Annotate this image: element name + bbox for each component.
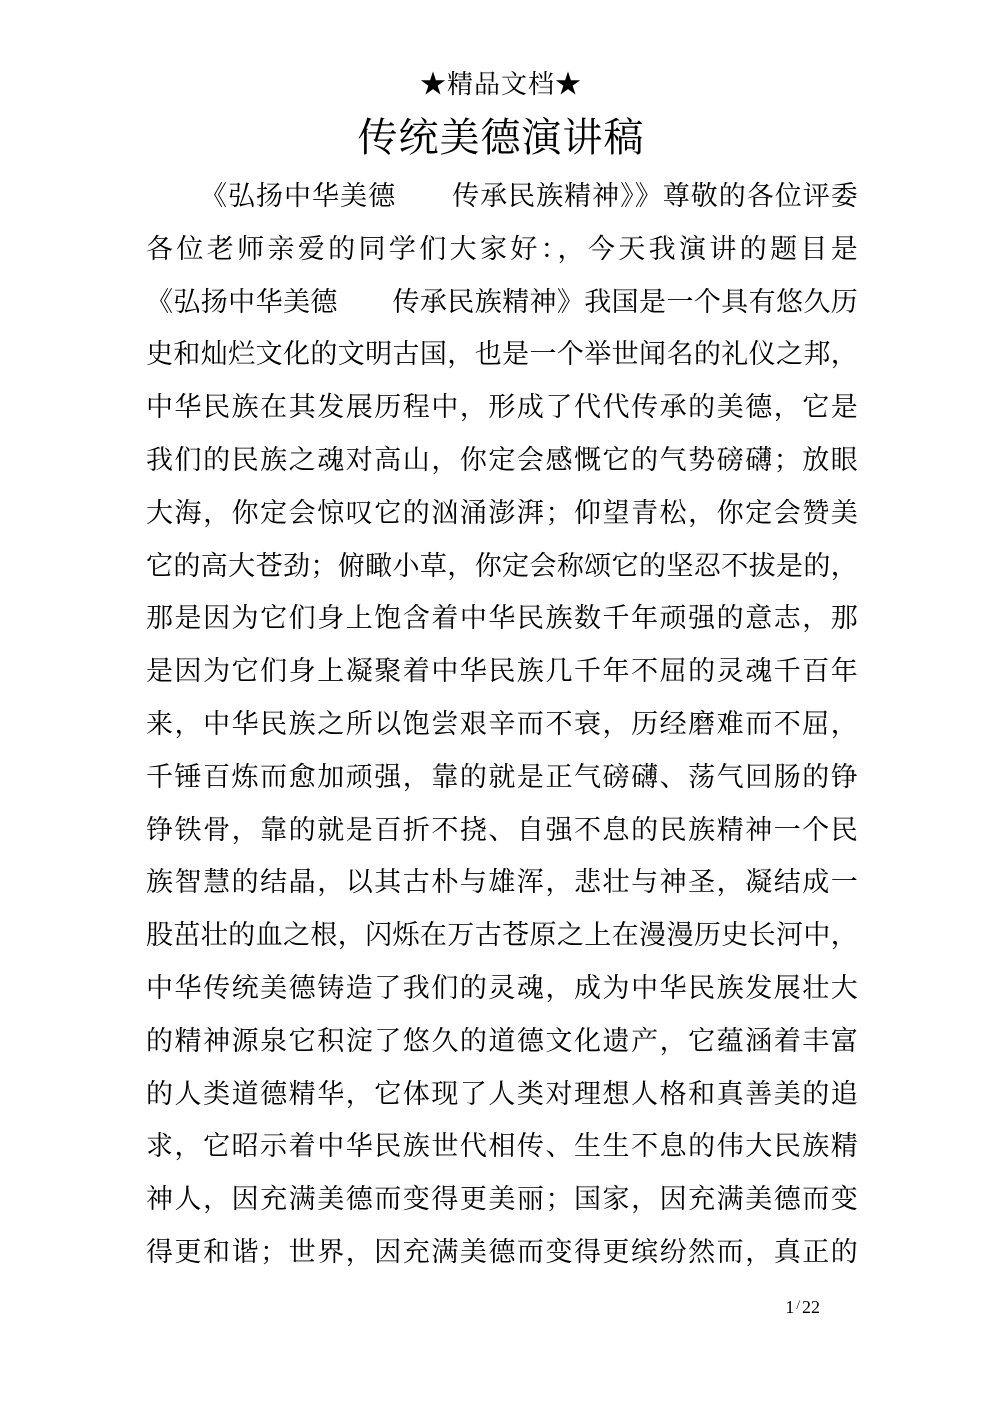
document-body: 《弘扬中华美德 传承民族精神》》尊敬的各位评委 各位老师亲爱的同学们大家好：，今…	[146, 170, 858, 1279]
body-line: 神人，因充满美德而变得更美丽；国家，因充满美德而变	[146, 1173, 858, 1226]
body-line: 的精神源泉它积淀了悠久的道德文化遗产，它蕴涵着丰富	[146, 1015, 858, 1068]
page-separator: /	[794, 1297, 802, 1312]
body-line: 求，它昭示着中华民族世代相传、生生不息的伟大民族精	[146, 1120, 858, 1173]
document-page: ★精品文档★ 传统美德演讲稿 《弘扬中华美德 传承民族精神》》尊敬的各位评委 各…	[0, 0, 993, 1404]
header-note: ★精品文档★	[145, 70, 857, 100]
body-line: 大海，你定会惊叹它的汹涌澎湃；仰望青松，你定会赞美	[146, 487, 858, 540]
body-line: 中华传统美德铸造了我们的灵魂，成为中华民族发展壮大	[146, 962, 858, 1015]
body-line: 族智慧的结晶，以其古朴与雄浑，悲壮与神圣，凝结成一	[146, 856, 858, 909]
body-line: 《弘扬中华美德 传承民族精神》》尊敬的各位评委	[146, 170, 858, 223]
body-line: 来，中华民族之所以饱尝艰辛而不衰，历经磨难而不屈，	[146, 698, 858, 751]
body-line: 我们的民族之魂对高山，你定会感慨它的气势磅礴；放眼	[146, 434, 858, 487]
body-line: 是因为它们身上凝聚着中华民族几千年不屈的灵魂千百年	[146, 645, 858, 698]
body-line: 史和灿烂文化的文明古国，也是一个举世闻名的礼仪之邦，	[146, 328, 858, 381]
body-line: 《弘扬中华美德 传承民族精神》我国是一个具有悠久历	[146, 276, 858, 329]
body-line: 股茁壮的血之根，闪烁在万古苍原之上在漫漫历史长河中，	[146, 909, 858, 962]
body-line: 铮铁骨，靠的就是百折不挠、自强不息的民族精神一个民	[146, 804, 858, 857]
body-line: 它的高大苍劲；俯瞰小草，你定会称颂它的坚忍不拔是的，	[146, 540, 858, 593]
body-line: 那是因为它们身上饱含着中华民族数千年顽强的意志，那	[146, 592, 858, 645]
page-total: 22	[802, 1297, 820, 1317]
page-number: 1/22	[0, 1297, 820, 1319]
body-line: 各位老师亲爱的同学们大家好：，今天我演讲的题目是	[146, 223, 858, 276]
body-line: 中华民族在其发展历程中，形成了代代传承的美德，它是	[146, 381, 858, 434]
page-title: 传统美德演讲稿	[145, 114, 857, 162]
body-line: 得更和谐；世界，因充满美德而变得更缤纷然而，真正的	[146, 1226, 858, 1279]
body-line: 的人类道德精华，它体现了人类对理想人格和真善美的追	[146, 1068, 858, 1121]
body-line: 千锤百炼而愈加顽强，靠的就是正气磅礴、荡气回肠的铮	[146, 751, 858, 804]
